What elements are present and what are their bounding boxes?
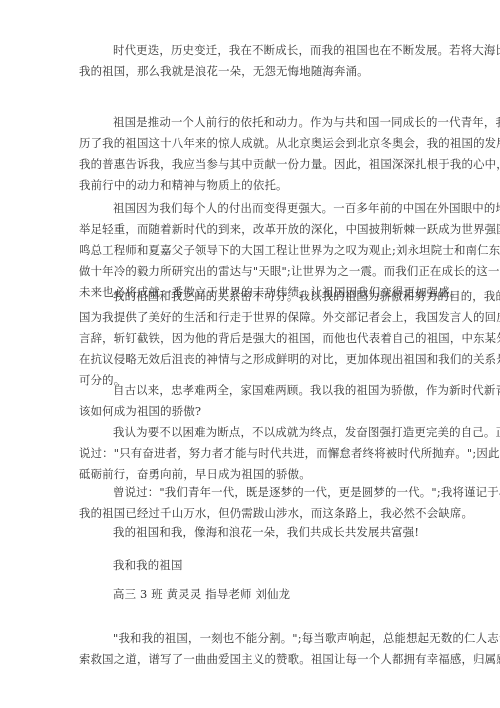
text-line: 我的祖国，那么我就是浪花一朵，无怨无悔地随海奔涌。	[79, 61, 421, 82]
paragraph: "我和我的祖国，一刻也不能分割。";每当歌声响起，总能想起无数的仁人志士探索救国…	[79, 628, 421, 670]
paragraph: 祖国是推动一个人前行的依托和动力。作为与共和国一同成长的一代青年，我亲历了我的祖…	[79, 112, 421, 196]
paragraph: 我和我的祖国	[79, 555, 421, 576]
paragraph: 高三 3 班 黄灵灵 指导老师 刘仙龙	[79, 584, 421, 605]
paragraph: 自古以来，忠孝难两全，家国难两顾。我以我的祖国为骄傲，作为新时代新青年，该如何成…	[79, 380, 421, 422]
text-line: 我和我的祖国	[79, 555, 421, 576]
text-line: 曾说过："我们青年一代，既是逐梦的一代，更是圆梦的一代。";我将谨记于心。	[79, 482, 421, 503]
text-line: 我的普惠告诉我，我应当参与其中贡献一份力量。因此，祖国深深扎根于我的心中，成为	[79, 154, 421, 175]
text-line: 我的祖国和我，像海和浪花一朵，我们共成长共发展共富强!	[79, 522, 421, 543]
text-line: 做十年冷的毅力所研究出的雷达与"天眼";让世界为之一震。而我们正在成长的这一代人…	[79, 261, 421, 282]
text-line: 鸣总工程师和夏嘉父子领导下的大国工程让世界为之叹为观止;刘永坦院士和南仁东板凳甘	[79, 240, 421, 261]
text-line: 祖国因为我们每个人的付出而变得更强大。一百多年前的中国在外国眼中的地位	[79, 198, 421, 219]
text-line: 历了我的祖国这十八年来的惊人成就。从北京奥运会到北京冬奥会，我的祖国的发展带给	[79, 133, 421, 154]
text-line: 高三 3 班 黄灵灵 指导老师 刘仙龙	[79, 584, 421, 605]
text-line: 我的祖国已经过千山万水，但仍需跋山涉水，而这条路上，我必然不会缺席。	[79, 503, 421, 524]
paragraph: 我的祖国和我，像海和浪花一朵，我们共成长共发展共富强!	[79, 522, 421, 543]
text-line: 该如何成为祖国的骄傲?	[79, 401, 421, 422]
text-line: 时代更迭，历史变迁，我在不断成长，而我的祖国也在不断发展。若将大海比作	[79, 40, 421, 61]
document-page: 时代更迭，历史变迁，我在不断成长，而我的祖国也在不断发展。若将大海比作我的祖国，…	[0, 0, 500, 708]
paragraph: 我的祖国和我之间的关系密不可分。我以我的祖国为骄傲和努力的目的，我的祖国为我提供…	[79, 286, 421, 391]
text-line: 我的祖国和我之间的关系密不可分。我以我的祖国为骄傲和努力的目的，我的祖	[79, 286, 421, 307]
paragraph: 时代更迭，历史变迁，我在不断成长，而我的祖国也在不断发展。若将大海比作我的祖国，…	[79, 40, 421, 82]
text-line: 我认为要不以困难为断点，不以成就为终点，发奋图强打造更完美的自己。正如	[79, 422, 421, 443]
text-line: 自古以来，忠孝难两全，家国难两顾。我以我的祖国为骄傲，作为新时代新青年，	[79, 380, 421, 401]
paragraph: 曾说过："我们青年一代，既是逐梦的一代，更是圆梦的一代。";我将谨记于心。我的祖…	[79, 482, 421, 524]
text-line: 说过："只有奋进者，努力者才能与时代共进，而懈怠者终将被时代所抛弃。";因此我们…	[79, 443, 421, 464]
text-line: 在抗议侵略无效后沮丧的神情与之形成鲜明的对比，更加体现出祖国和我们的关系是密不	[79, 349, 421, 370]
text-line: "我和我的祖国，一刻也不能分割。";每当歌声响起，总能想起无数的仁人志士探	[79, 628, 421, 649]
text-line: 举足轻重，而随着新时代的到来，改革开放的深化，中国披荆斩棘一跃成为世界强国。林	[79, 219, 421, 240]
text-line: 言辞，斩钉截铁，因为他的背后是强大的祖国，而他也代表着自己的祖国，中东某外交官	[79, 328, 421, 349]
text-line: 我前行中的动力和精神与物质上的依托。	[79, 175, 421, 196]
text-line: 索救国之道，谱写了一曲曲爱国主义的赞歌。祖国让每一个人都拥有幸福感，归属感和认	[79, 649, 421, 670]
paragraph: 我认为要不以困难为断点，不以成就为终点，发奋图强打造更完美的自己。正如说过："只…	[79, 422, 421, 485]
text-line: 国为我提供了美好的生活和行走于世界的保障。外交部记者会上，我国发言人的回应义正	[79, 307, 421, 328]
text-line: 祖国是推动一个人前行的依托和动力。作为与共和国一同成长的一代青年，我亲	[79, 112, 421, 133]
